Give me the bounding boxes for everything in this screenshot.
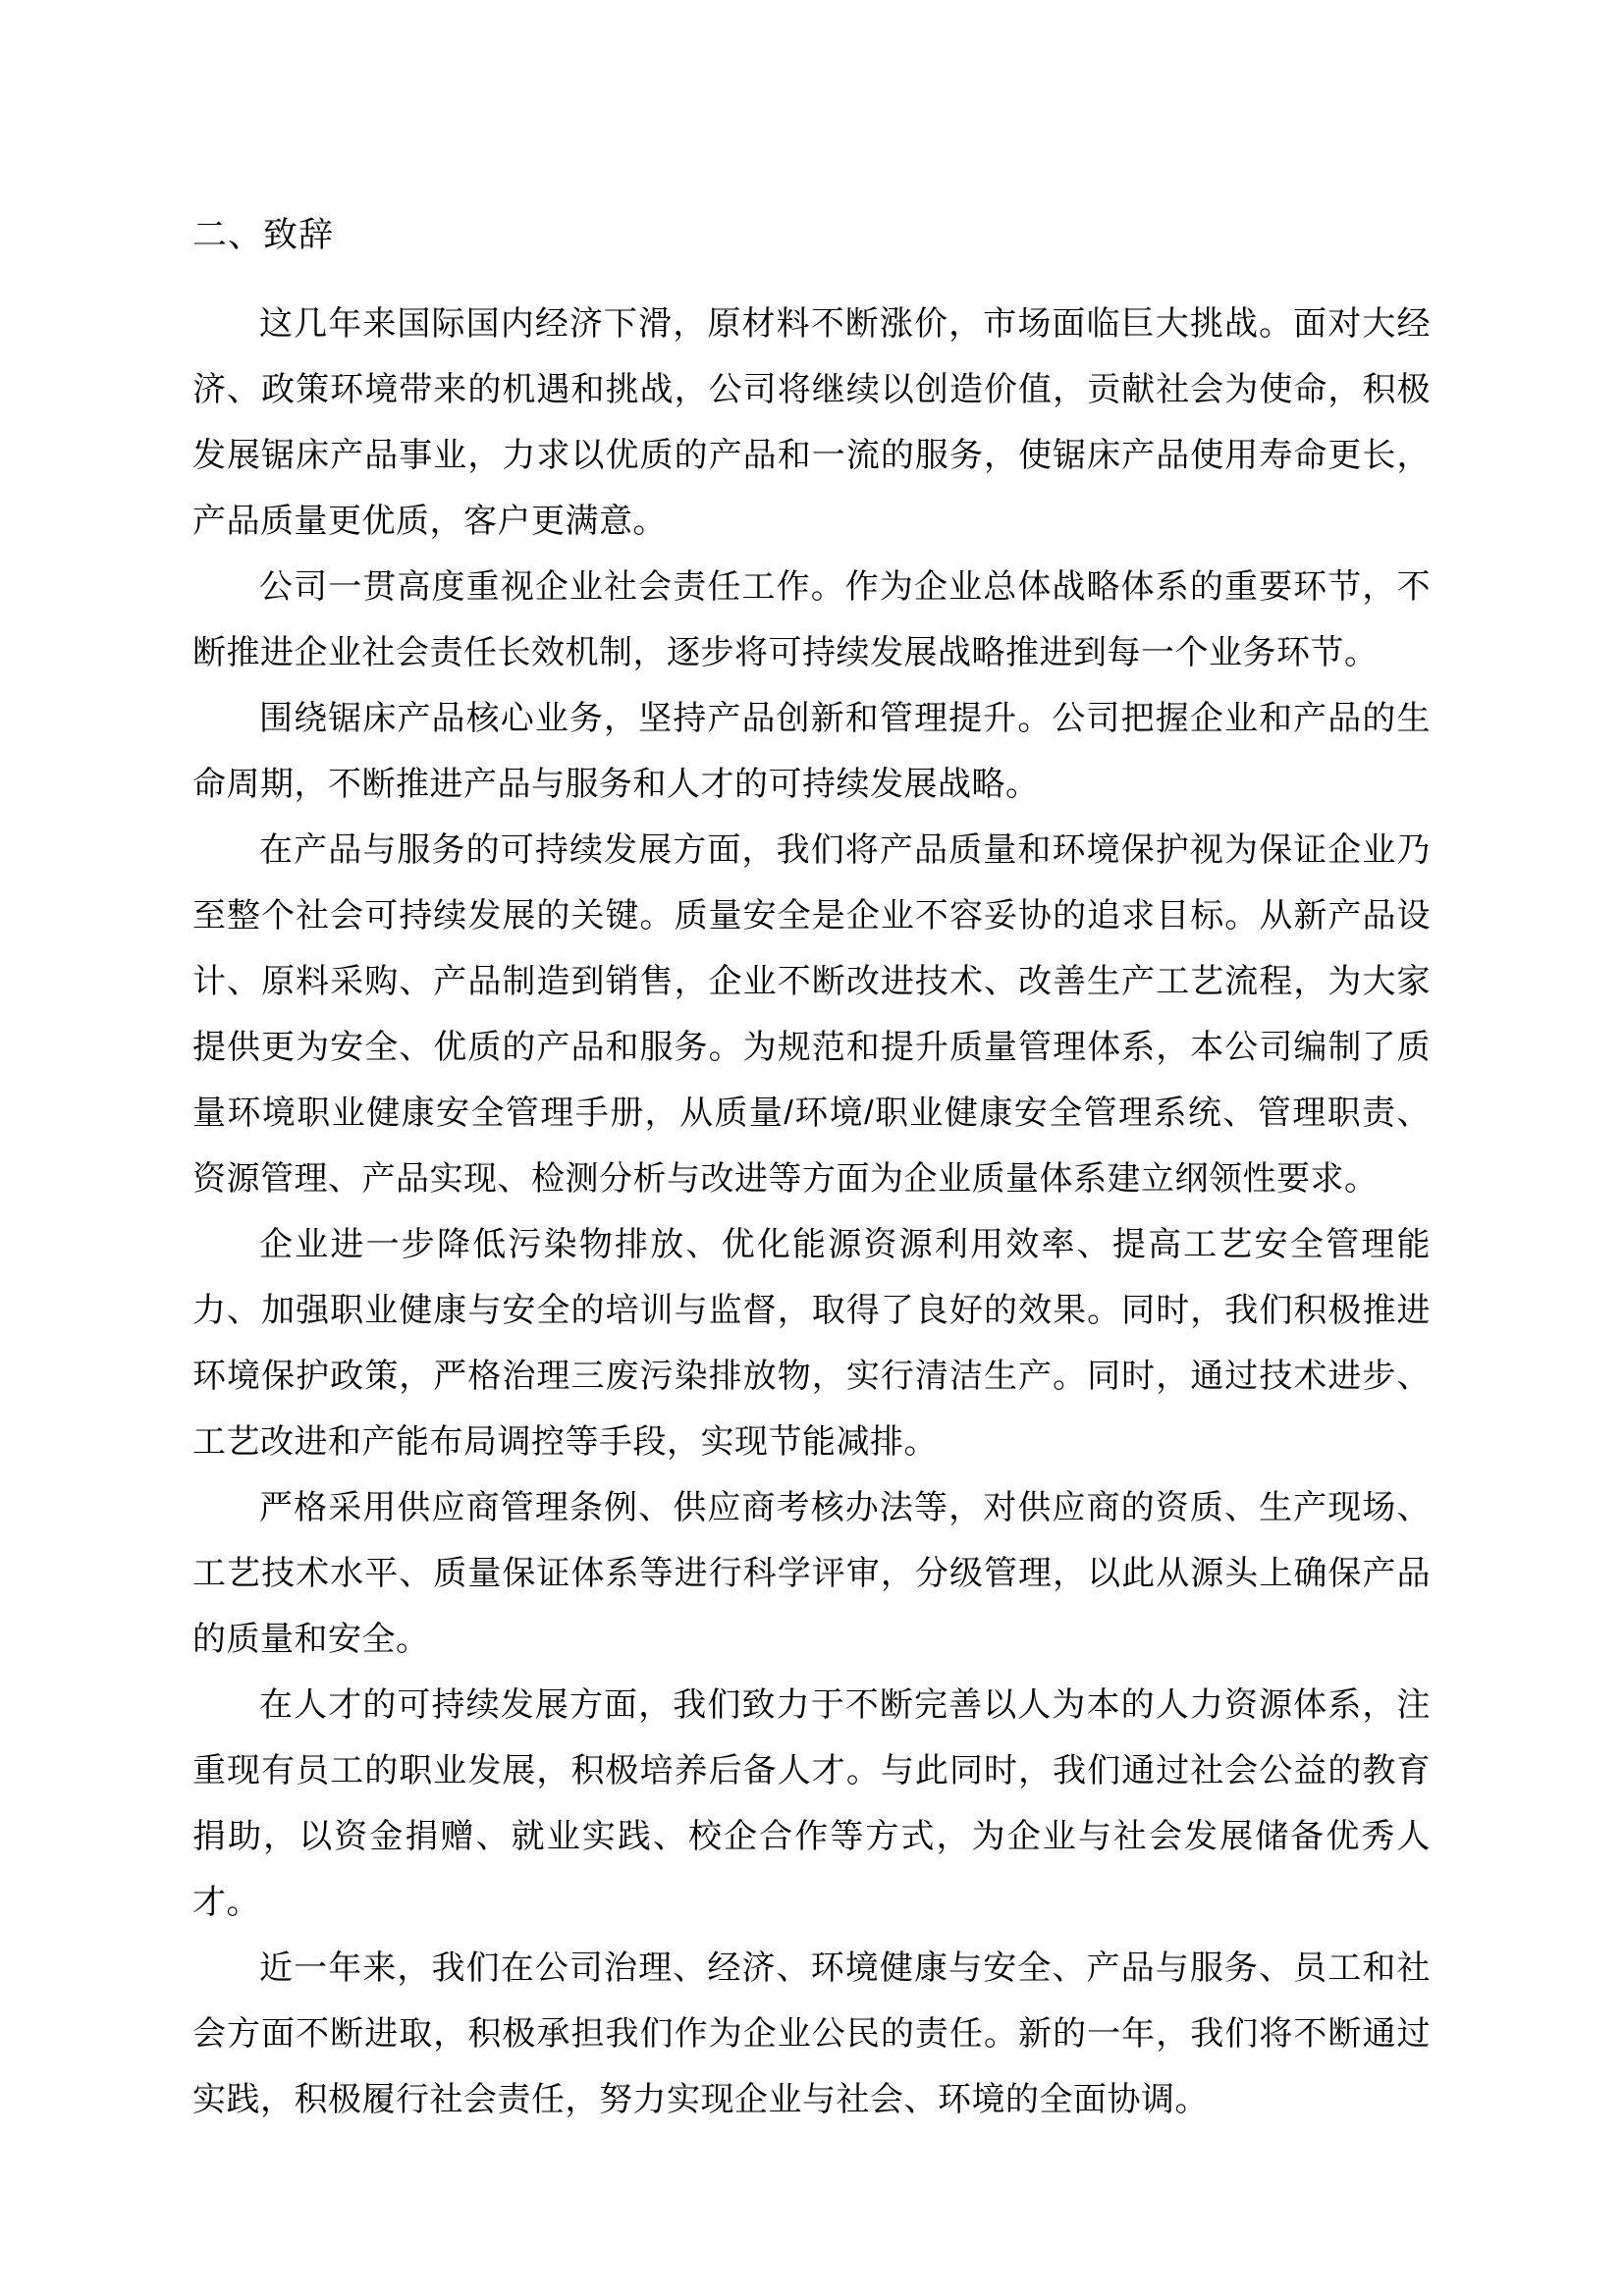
paragraph-8: 近一年来，我们在公司治理、经济、环境健康与安全、产品与服务、员工和社会方面不断进… xyxy=(192,1936,1431,2133)
paragraph-2: 公司一贯高度重视企业社会责任工作。作为企业总体战略体系的重要环节，不断推进企业社… xyxy=(192,555,1431,686)
document-page: 二、致辞 这几年来国际国内经济下滑，原材料不断涨价，市场面临巨大挑战。面对大经济… xyxy=(0,0,1624,2296)
paragraph-7: 在人才的可持续发展方面，我们致力于不断完善以人为本的人力资源体系，注重现有员工的… xyxy=(192,1673,1431,1936)
paragraph-4: 在产品与服务的可持续发展方面，我们将产品质量和环境保护视为保证企业乃至整个社会可… xyxy=(192,818,1431,1212)
paragraph-1: 这几年来国际国内经济下滑，原材料不断涨价，市场面临巨大挑战。面对大经济、政策环境… xyxy=(192,292,1431,555)
section-heading: 二、致辞 xyxy=(192,211,1431,260)
paragraph-5: 企业进一步降低污染物排放、优化能源资源利用效率、提高工艺安全管理能力、加强职业健… xyxy=(192,1212,1431,1475)
paragraph-6: 严格采用供应商管理条例、供应商考核办法等，对供应商的资质、生产现场、工艺技术水平… xyxy=(192,1475,1431,1673)
paragraph-3: 围绕锯床产品核心业务，坚持产品创新和管理提升。公司把握企业和产品的生命周期，不断… xyxy=(192,686,1431,818)
